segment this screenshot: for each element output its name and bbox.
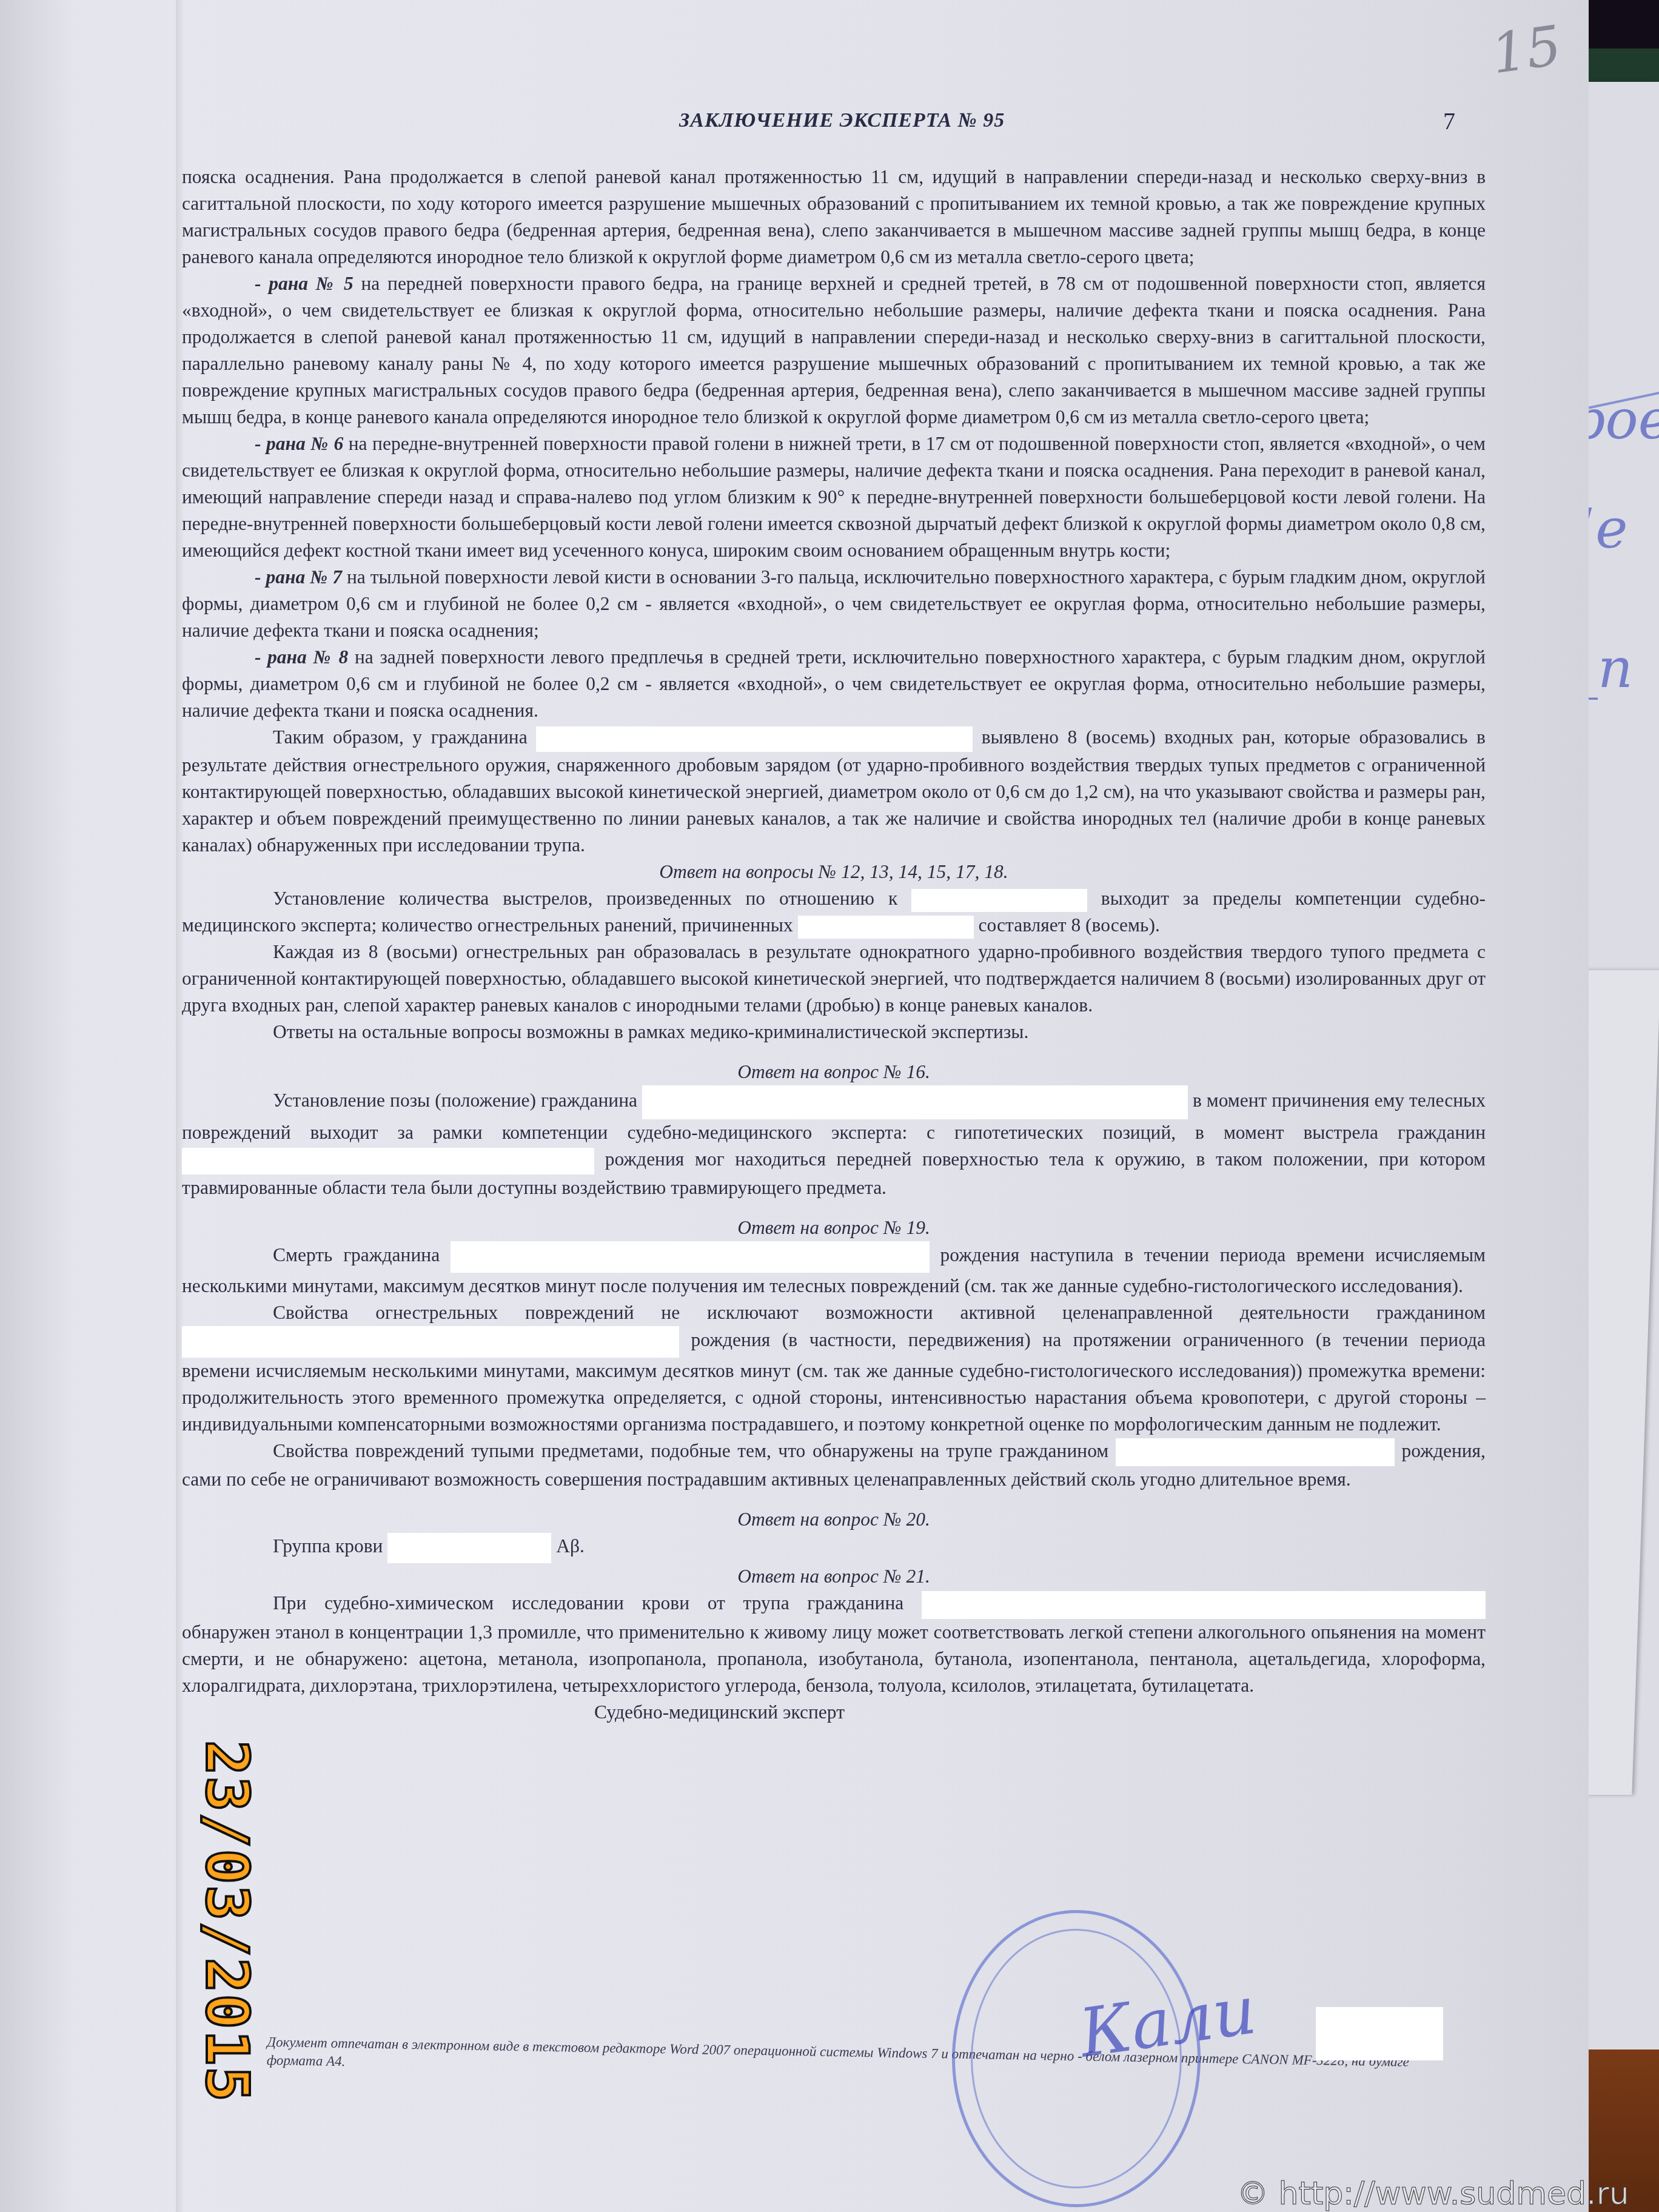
document-body: пояска осаднения. Рана продолжается в сл… [182,164,1486,1726]
wound-description: на тыльной поверхности левой кисти в осн… [182,566,1486,641]
document-header-title: ЗАКЛЮЧЕНИЕ ЭКСПЕРТА № 95 [679,109,1005,132]
wound-description: на передней поверхности правого бедра, н… [182,273,1486,427]
redaction-box [922,1591,1486,1619]
wound-label: - рана № 5 [255,273,354,294]
wound-label: - рана № 6 [255,433,343,454]
wound-description: на передне-внутренней поверхности правой… [182,433,1486,561]
paragraph-activity-possibility: Свойства огнестрельных повреждений не ис… [182,1299,1486,1438]
redaction-box-signature-name [1316,2007,1443,2060]
copyright-watermark: © http://www.sudmed.ru [1237,2176,1629,2212]
photo-date-stamp: 23/03/2015 [193,1740,261,2103]
text: Аβ. [551,1536,585,1557]
text: Группа крови [273,1536,387,1557]
redaction-box [536,726,973,752]
redaction-box [387,1533,551,1563]
paragraph-blood-group: Группа крови Аβ. [182,1533,1486,1563]
redaction-box [642,1085,1188,1119]
paragraph-wound-mechanism: Каждая из 8 (восьми) огнестрельных ран о… [182,939,1486,1019]
background-green-area [1589,49,1659,85]
paragraph-wound-5: - рана № 5 на передней поверхности право… [182,270,1486,431]
signature-label: Судебно-медицинский эксперт [182,1699,1486,1726]
paragraph-wound-8: - рана № 8 на задней поверхности левого … [182,644,1486,724]
paragraph-body-position: Установление позы (положение) гражданина… [182,1085,1486,1201]
paragraph-other-questions: Ответы на остальные вопросы возможны в р… [182,1019,1486,1045]
paragraph-wound-4-continued: пояска осаднения. Рана продолжается в сл… [182,164,1486,270]
section-title-q20: Ответ на вопрос № 20. [182,1506,1486,1533]
handwritten-page-number: 15 [1487,14,1565,87]
text: Свойства огнестрельных повреждений не ис… [273,1302,1486,1323]
section-title-q19: Ответ на вопрос № 19. [182,1215,1486,1241]
spacer [182,1045,1486,1059]
text: Установление позы (положение) гражданина [273,1090,642,1111]
paragraph-time-of-death: Смерть гражданина рождения наступила в т… [182,1241,1486,1299]
text: Таким образом, у гражданина [273,726,536,748]
redaction-box [451,1241,930,1273]
text: Установление количества выстрелов, произ… [273,888,911,909]
page-number: 7 [1443,107,1455,135]
section-title-q16: Ответ на вопрос № 16. [182,1059,1486,1085]
redaction-box [182,1148,594,1175]
text: обнаружен этанол в концентрации 1,3 пром… [182,1621,1486,1696]
text: Смерть гражданина [273,1244,451,1265]
text: составляет 8 (восемь). [974,914,1160,936]
wound-label: - рана № 8 [255,646,348,668]
paragraph-blunt-injuries: Свойства повреждений тупыми предметами, … [182,1438,1486,1493]
paragraph-wound-6: - рана № 6 на передне-внутренней поверхн… [182,431,1486,564]
redaction-box [182,1326,679,1358]
paragraph-chemical-analysis: При судебно-химическом исследовании кров… [182,1590,1486,1699]
text: Свойства повреждений тупыми предметами, … [273,1440,1116,1461]
wound-description: на задней поверхности левого предплечья … [182,646,1486,721]
wound-label: - рана № 7 [255,566,342,588]
redaction-box [1116,1438,1395,1466]
paragraph-shots-count: Установление количества выстрелов, произ… [182,885,1486,939]
redaction-box [798,916,974,939]
background-dark-area [1589,0,1659,49]
spacer [182,1201,1486,1215]
paragraph-wound-7: - рана № 7 на тыльной поверхности левой … [182,564,1486,644]
section-title-q12-18: Ответ на вопросы № 12, 13, 14, 15, 17, 1… [182,859,1486,885]
spacer [182,1493,1486,1506]
print-footnote: Документ отпечатан в электронном виде в … [267,2033,1456,2090]
redaction-box [911,889,1087,912]
section-title-q21: Ответ на вопрос № 21. [182,1563,1486,1590]
text: При судебно-химическом исследовании кров… [273,1592,922,1614]
paragraph-summary: Таким образом, у гражданина выявлено 8 (… [182,724,1486,859]
